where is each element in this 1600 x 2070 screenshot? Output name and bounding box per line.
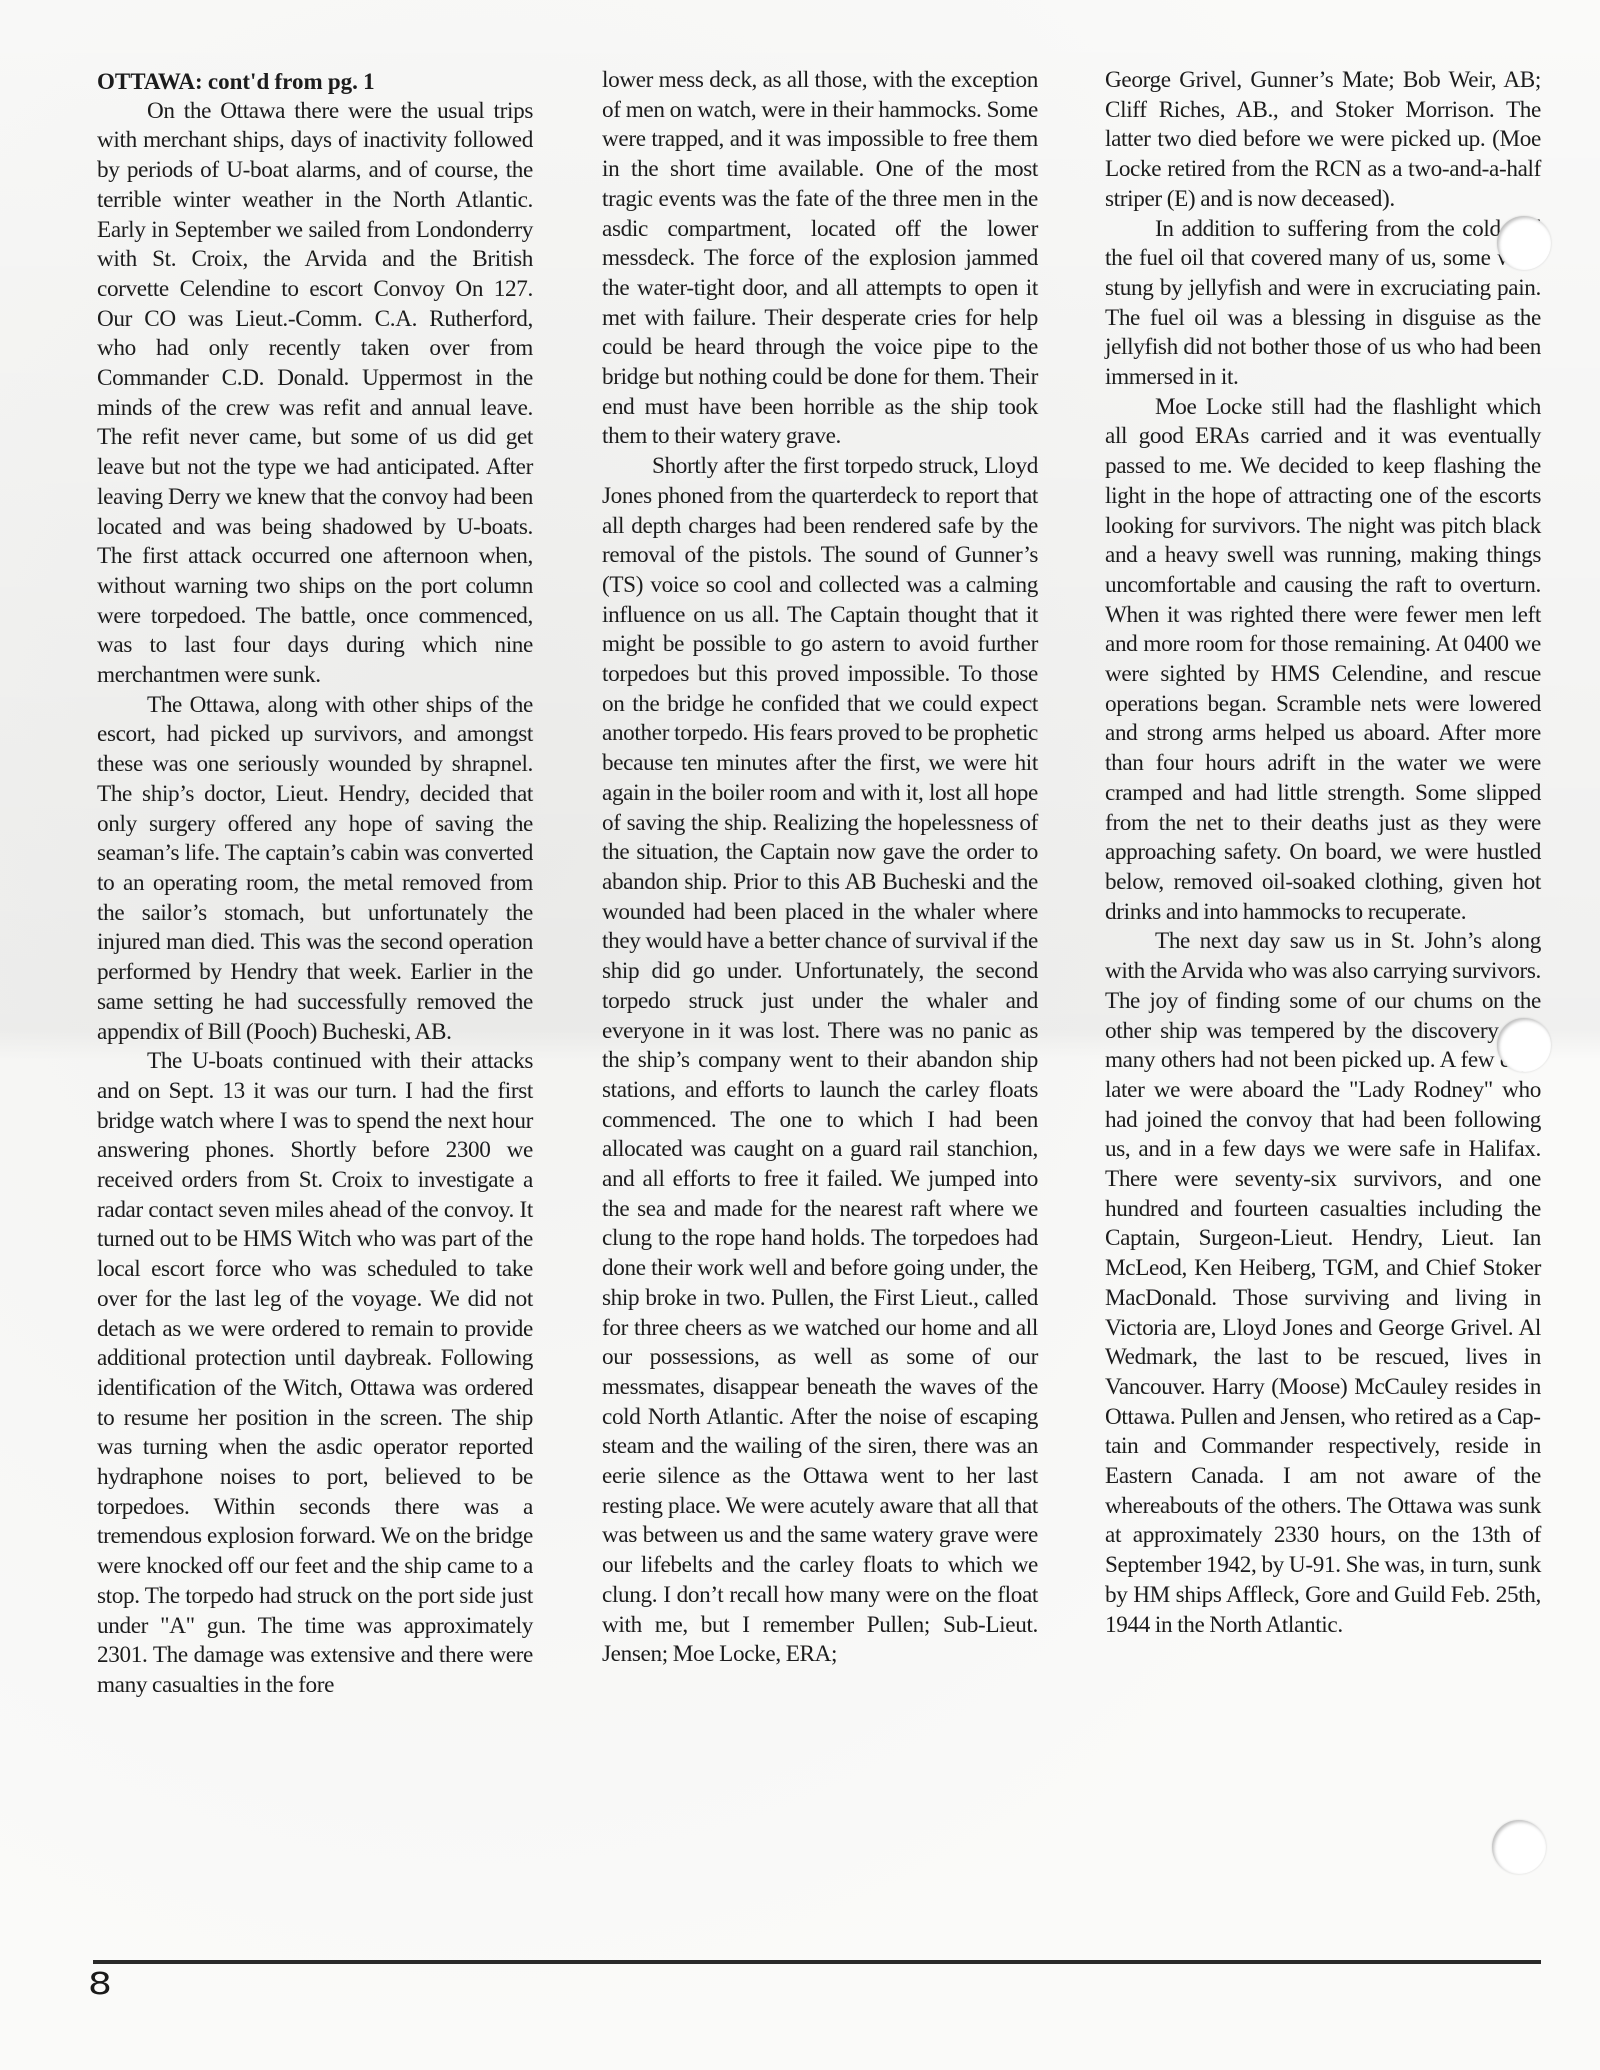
binder-punch-hole	[1497, 1018, 1551, 1072]
paragraph: The U-boats continued with their attacks…	[97, 1047, 533, 1700]
paragraph: The next day saw us in St. John’s along …	[1105, 927, 1541, 1640]
paragraph: George Grivel, Gunner’s Mate; Bob Weir, …	[1105, 66, 1541, 215]
paragraph: Moe Locke still had the flashlight which…	[1105, 393, 1541, 928]
paragraph: The Ottawa, along with other ships of th…	[97, 691, 533, 1047]
paragraph: lower mess deck, as all those, with the …	[602, 66, 1038, 452]
article-column-left: OTTAWA: cont'd from pg. 1 On the Ottawa …	[97, 67, 533, 1701]
footer-rule	[93, 1960, 1541, 1964]
article-column-right: George Grivel, Gunner’s Mate; Bob Weir, …	[1105, 66, 1541, 1640]
binder-punch-hole	[1497, 216, 1551, 270]
paragraph: In addition to suffering from the cold a…	[1105, 215, 1541, 393]
paragraph: On the Ottawa there were the usual trips…	[97, 97, 533, 691]
binder-punch-hole	[1492, 1820, 1546, 1874]
article-heading: OTTAWA: cont'd from pg. 1	[97, 67, 533, 97]
paragraph: Shortly after the first torpedo struck, …	[602, 452, 1038, 1670]
page-number: 8	[88, 1970, 112, 2000]
article-column-middle: lower mess deck, as all those, with the …	[602, 66, 1038, 1670]
